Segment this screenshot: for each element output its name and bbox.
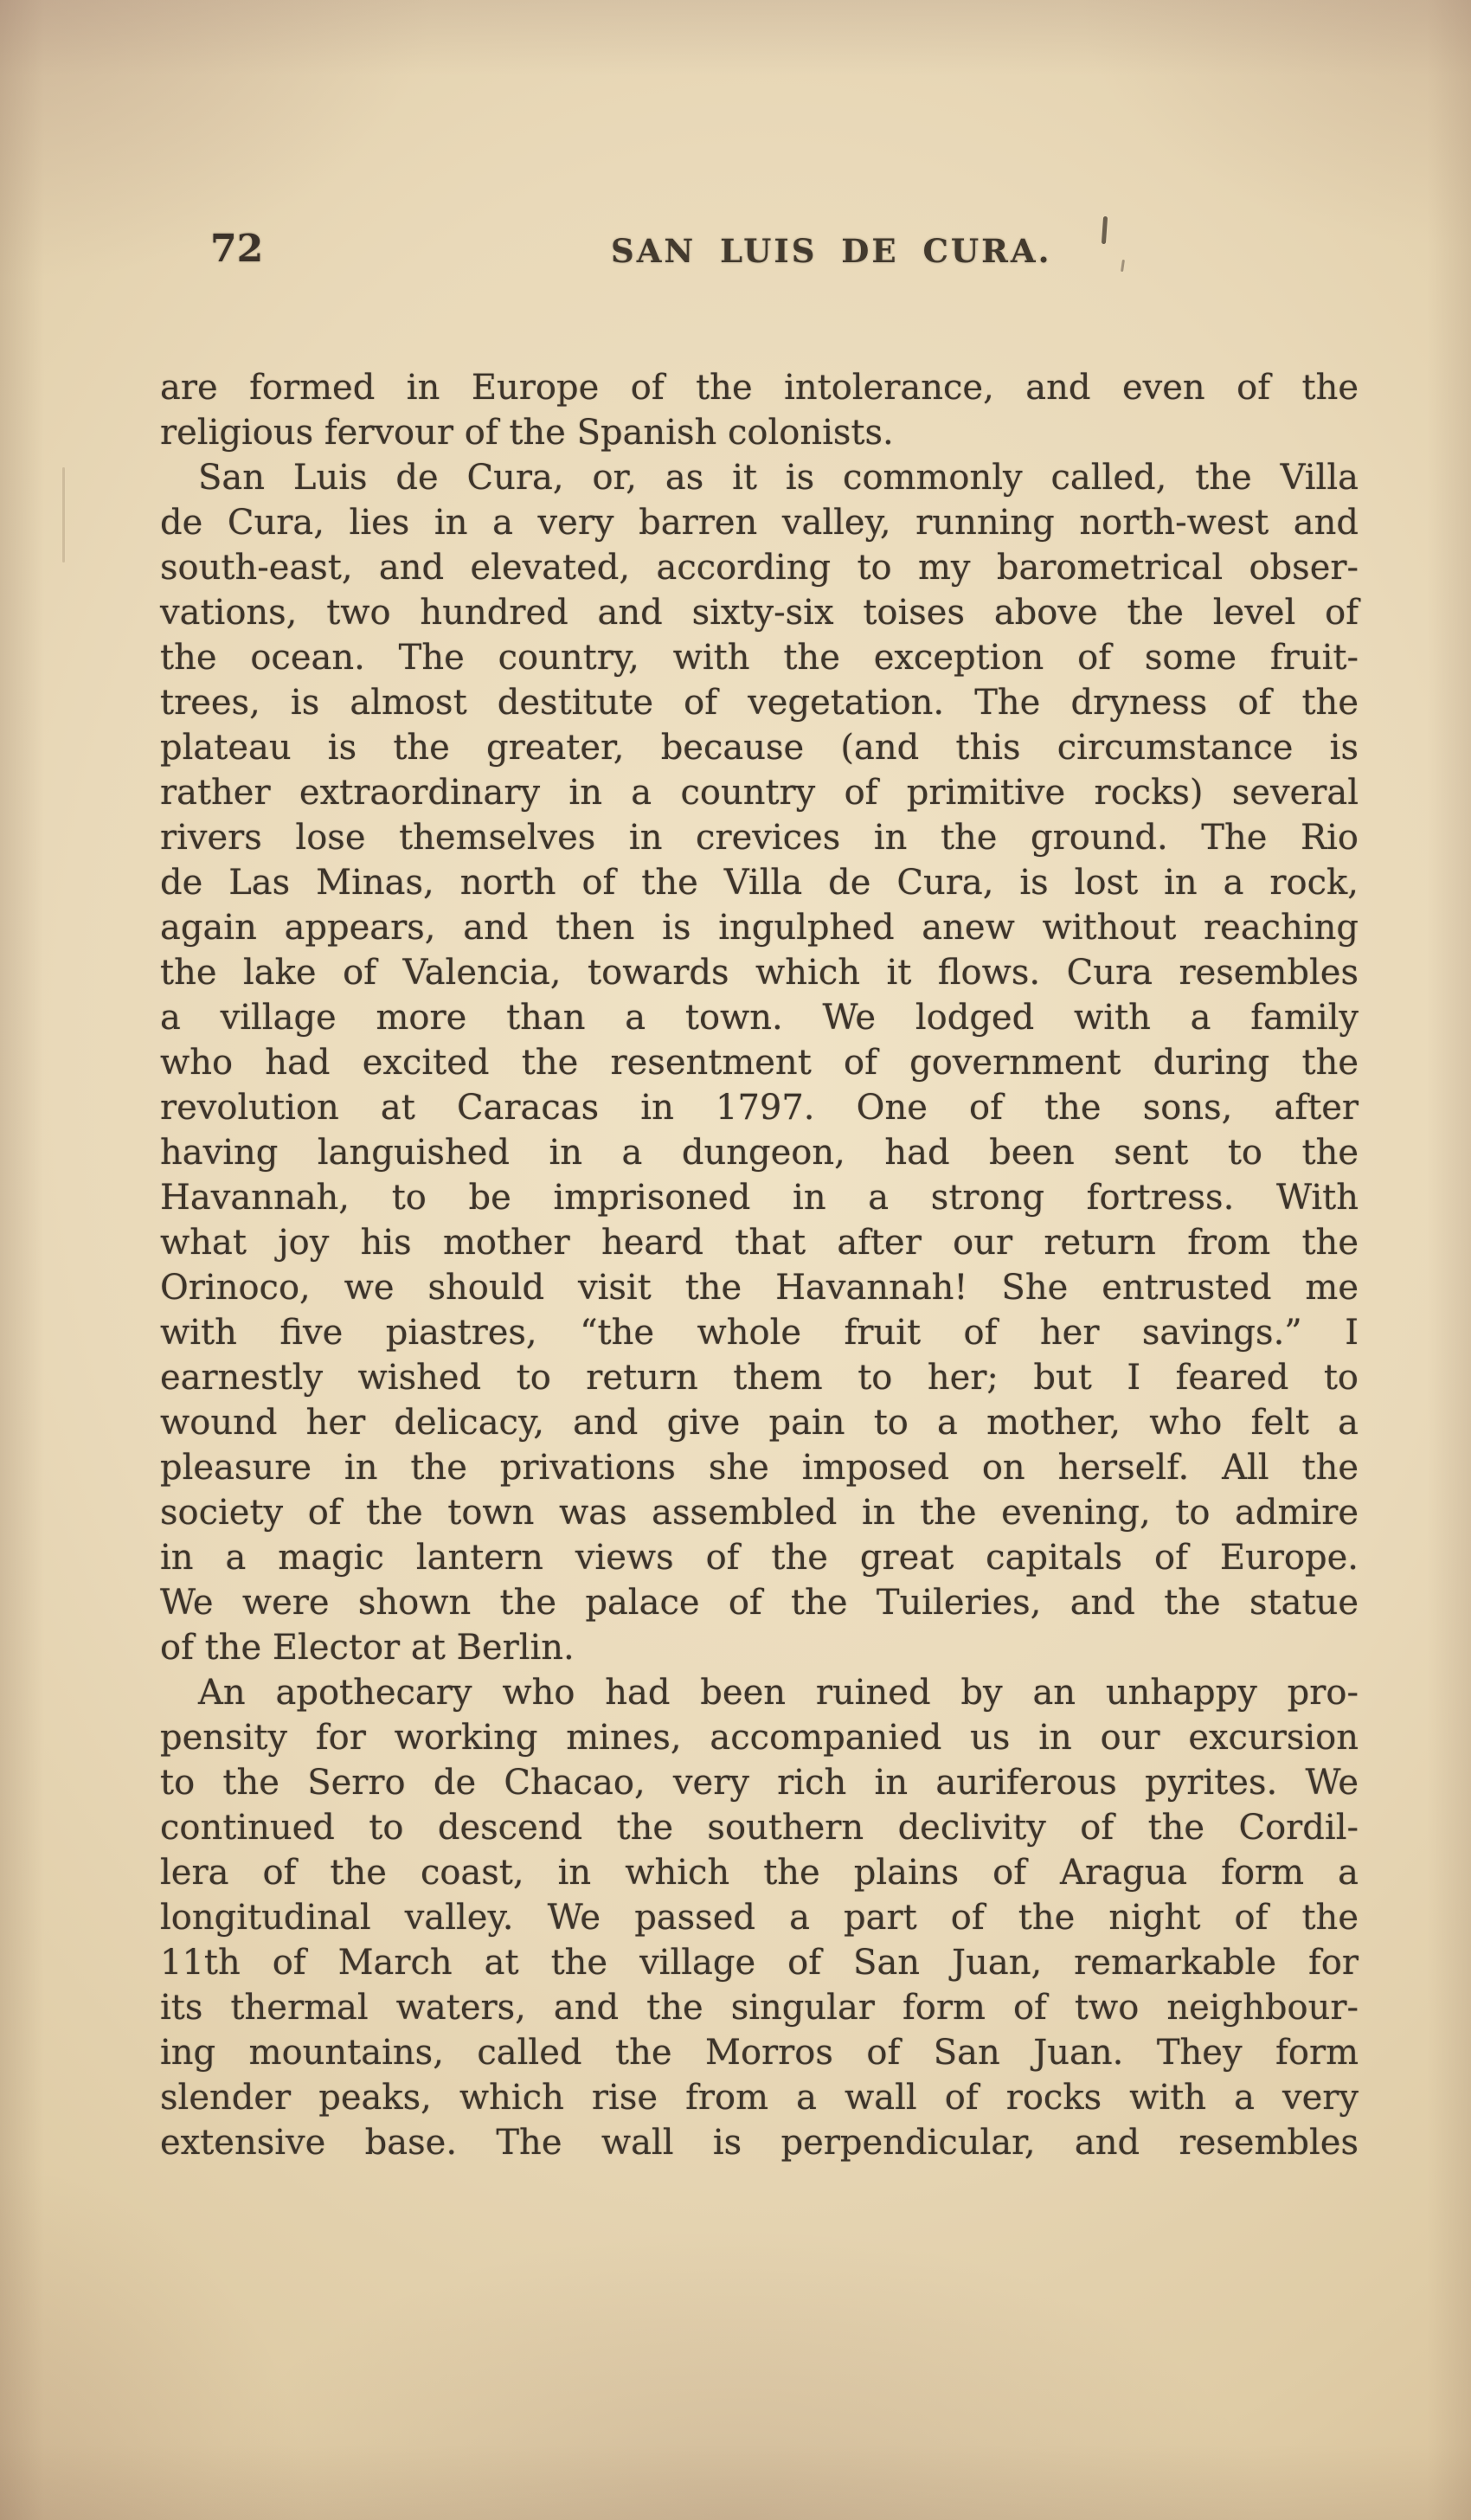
text-line: earnestly wished to return them to her; … xyxy=(160,1355,1359,1400)
text-line: extensive base. The wall is perpendicula… xyxy=(160,2120,1359,2165)
text-line: ing mountains, called the Morros of San … xyxy=(160,2030,1359,2075)
text-line: plateau is the greater, because (and thi… xyxy=(160,725,1359,770)
text-line: We were shown the palace of the Tuilerie… xyxy=(160,1580,1359,1625)
text-line: are formed in Europe of the intolerance,… xyxy=(160,365,1359,410)
text-line: rather extraordinary in a country of pri… xyxy=(160,770,1359,815)
text-line: Havannah, to be imprisoned in a strong f… xyxy=(160,1175,1359,1220)
text-line: slender peaks, which rise from a wall of… xyxy=(160,2075,1359,2120)
text-line: the lake of Valencia, towards which it f… xyxy=(160,950,1359,995)
page-number: 72 xyxy=(210,227,263,271)
text-line: An apothecary who had been ruined by an … xyxy=(160,1670,1359,1715)
text-line: lera of the coast, in which the plains o… xyxy=(160,1850,1359,1895)
text-line: having languished in a dungeon, had been… xyxy=(160,1130,1359,1175)
ink-speck xyxy=(1121,260,1125,272)
text-line: again appears, and then is ingulphed ane… xyxy=(160,905,1359,950)
text-line: the ocean. The country, with the excepti… xyxy=(160,635,1359,680)
text-line: vations, two hundred and sixty-six toise… xyxy=(160,590,1359,635)
text-line: with five piastres, “the whole fruit of … xyxy=(160,1310,1359,1355)
scanned-book-page: { "page": { "number": "72", "running_hea… xyxy=(0,0,1471,2520)
text-line: to the Serro de Chacao, very rich in aur… xyxy=(160,1760,1359,1805)
text-line: de Las Minas, north of the Villa de Cura… xyxy=(160,860,1359,905)
text-line: society of the town was assembled in the… xyxy=(160,1490,1359,1535)
text-line: trees, is almost destitute of vegetation… xyxy=(160,680,1359,725)
text-line: 11th of March at the village of San Juan… xyxy=(160,1940,1359,1985)
text-line: its thermal waters, and the singular for… xyxy=(160,1985,1359,2030)
text-line: religious fervour of the Spanish colonis… xyxy=(160,410,1359,455)
text-line: Orinoco, we should visit the Havannah! S… xyxy=(160,1265,1359,1310)
page-text-block: are formed in Europe of the intolerance,… xyxy=(160,365,1359,2165)
ink-speck xyxy=(1102,216,1108,244)
text-line: continued to descend the southern decliv… xyxy=(160,1805,1359,1850)
text-line: what joy his mother heard that after our… xyxy=(160,1220,1359,1265)
text-line: a village more than a town. We lodged wi… xyxy=(160,995,1359,1040)
text-line: of the Elector at Berlin. xyxy=(160,1625,1359,1670)
text-line: de Cura, lies in a very barren valley, r… xyxy=(160,500,1359,545)
text-line: south-east, and elevated, according to m… xyxy=(160,545,1359,590)
text-line: San Luis de Cura, or, as it is commonly … xyxy=(160,455,1359,500)
text-line: longitudinal valley. We passed a part of… xyxy=(160,1895,1359,1940)
text-line: in a magic lantern views of the great ca… xyxy=(160,1535,1359,1580)
text-line: pensity for working mines, accompanied u… xyxy=(160,1715,1359,1760)
scan-scratch xyxy=(62,467,65,562)
running-header: SAN LUIS DE CURA. xyxy=(611,232,950,270)
text-line: who had excited the resentment of govern… xyxy=(160,1040,1359,1085)
text-line: revolution at Caracas in 1797. One of th… xyxy=(160,1085,1359,1130)
text-line: wound her delicacy, and give pain to a m… xyxy=(160,1400,1359,1445)
text-line: pleasure in the privations she imposed o… xyxy=(160,1445,1359,1490)
text-line: rivers lose themselves in crevices in th… xyxy=(160,815,1359,860)
